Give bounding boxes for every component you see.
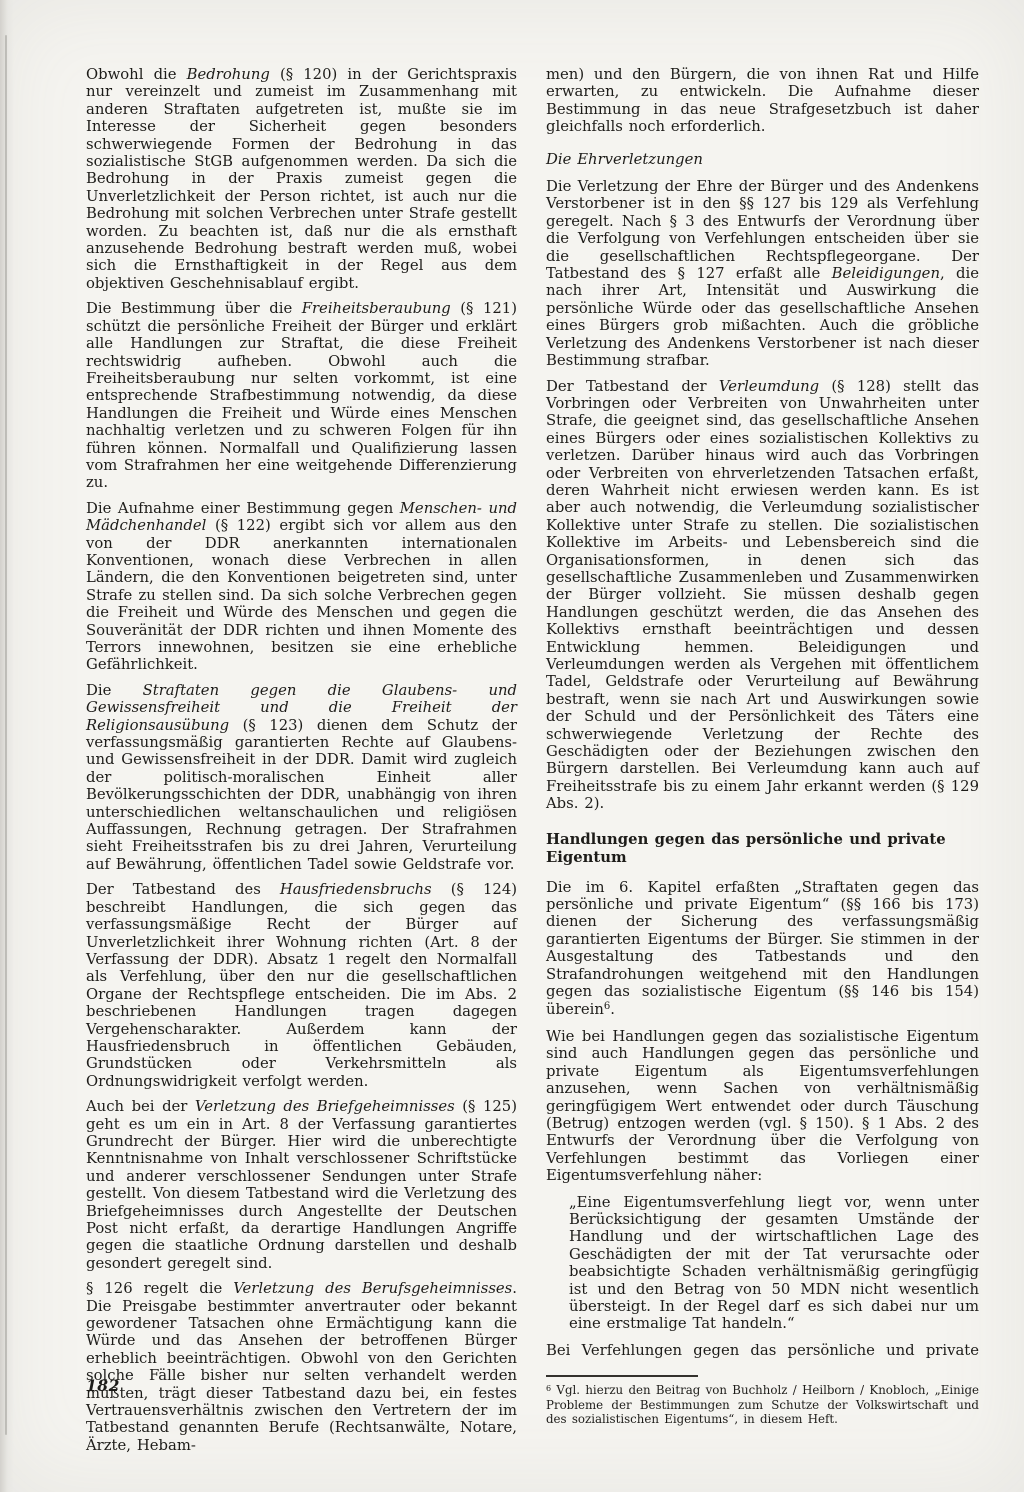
- body-paragraph: Bei Verfehlungen gegen das persönliche u…: [546, 1342, 979, 1359]
- emphasized-text: Verletzung des Briefgeheimnisses: [195, 1098, 455, 1115]
- body-paragraph: Die Verletzung der Ehre der Bürger und d…: [546, 178, 979, 369]
- document-page: Obwohl die Bedrohung (§ 120) in der Geri…: [0, 0, 1024, 1492]
- emphasized-text: Hausfriedensbruchs: [280, 881, 432, 898]
- body-paragraph: Wie bei Handlungen gegen das sozialistis…: [546, 1028, 979, 1185]
- body-paragraph: Die Aufnahme einer Bestimmung gegen Mens…: [86, 500, 517, 674]
- left-column: Obwohl die Bedrohung (§ 120) in der Geri…: [86, 66, 517, 1462]
- body-paragraph: Der Tatbestand des Hausfriedensbruchs (§…: [86, 881, 517, 1090]
- page-number: 182: [86, 1376, 120, 1395]
- emphasized-text: Bedrohung: [187, 66, 270, 83]
- emphasized-text: Verletzung des Berufsgeheimnisses: [233, 1280, 512, 1297]
- body-paragraph: Der Tatbestand der Verleumdung (§ 128) s…: [546, 378, 979, 813]
- footnote-marker: 6: [604, 1001, 610, 1012]
- body-paragraph: Die im 6. Kapitel erfaßten „Straftaten g…: [546, 879, 979, 1020]
- section-heading: Handlungen gegen das persönliche und pri…: [546, 831, 979, 868]
- body-paragraph: § 126 regelt die Verletzung des Berufsge…: [86, 1280, 517, 1454]
- emphasized-text: Freiheitsberaubung: [302, 300, 451, 317]
- text-columns: Obwohl die Bedrohung (§ 120) in der Geri…: [86, 66, 979, 1462]
- body-paragraph: Obwohl die Bedrohung (§ 120) in der Geri…: [86, 66, 517, 292]
- emphasized-text: Verleumdung: [719, 378, 819, 395]
- emphasized-text: Beleidigungen: [832, 265, 940, 282]
- right-column: men) und den Bürgern, die von ihnen Rat …: [546, 66, 979, 1462]
- body-paragraph: Die Bestimmung über die Freiheitsberaubu…: [86, 300, 517, 491]
- block-quote: „Eine Eigentumsverfehlung liegt vor, wen…: [546, 1194, 979, 1333]
- emphasized-text: Straftaten gegen die Glaubens- und Gewis…: [86, 682, 517, 734]
- footnote-text: 6 Vgl. hierzu den Beitrag von Buchholz /…: [546, 1384, 979, 1427]
- emphasized-text: Menschen- und Mädchenhandel: [86, 500, 517, 534]
- body-paragraph: Die Straftaten gegen die Glaubens- und G…: [86, 682, 517, 873]
- footnote-marker: 6: [546, 1384, 551, 1393]
- body-paragraph: Auch bei der Verletzung des Briefgeheimn…: [86, 1098, 517, 1272]
- body-paragraph: men) und den Bürgern, die von ihnen Rat …: [546, 66, 979, 136]
- footnote-rule: [546, 1375, 698, 1377]
- scan-edge-artifact: [0, 0, 14, 1492]
- section-heading: Die Ehrverletzungen: [546, 151, 979, 168]
